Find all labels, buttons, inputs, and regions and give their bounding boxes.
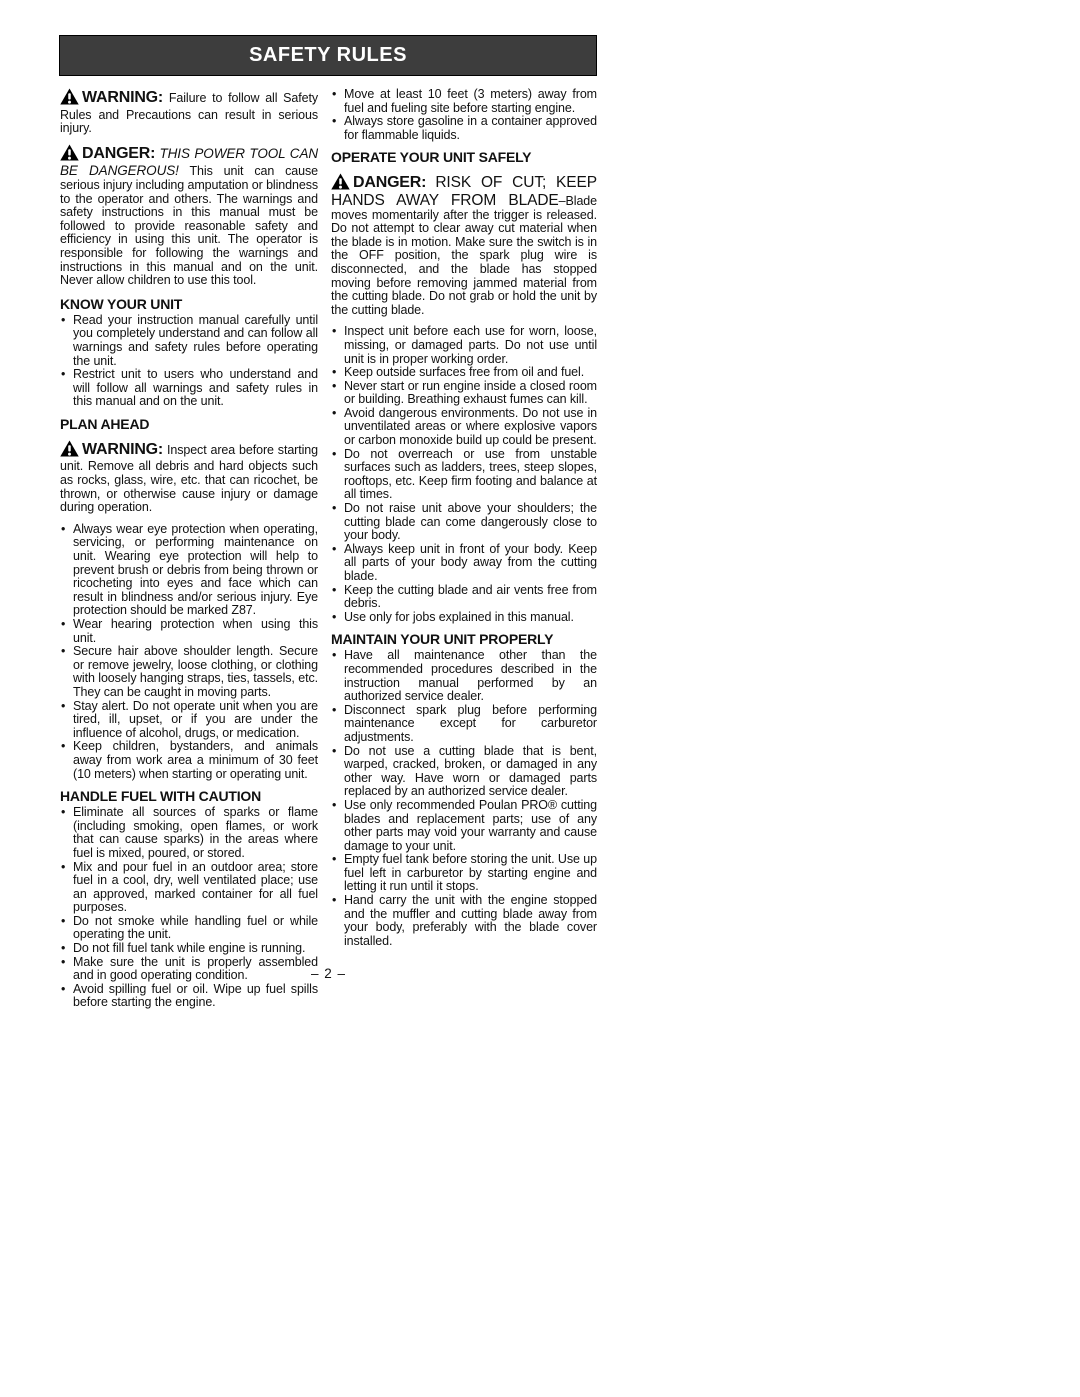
bullet-item: Do not raise unit above your shoulders; …: [331, 502, 597, 543]
bullet-list: Have all maintenance other than the reco…: [331, 649, 597, 948]
bullet-item: Hand carry the unit with the engine stop…: [331, 894, 597, 948]
alert-text: –Blade moves momentarily after the trigg…: [331, 194, 597, 317]
alert-label: DANGER:: [353, 174, 426, 191]
section-heading: HANDLE FUEL WITH CAUTION: [60, 788, 318, 804]
bullet-item: Avoid spilling fuel or oil. Wipe up fuel…: [60, 983, 318, 1010]
section-header-bar: SAFETY RULES: [59, 35, 597, 76]
column-right: Move at least 10 feet (3 meters) away fr…: [331, 88, 597, 1017]
bullet-item: Empty fuel tank before storing the unit.…: [331, 853, 597, 894]
bullet-item: Always keep unit in front of your body. …: [331, 543, 597, 584]
section-heading: OPERATE YOUR UNIT SAFELY: [331, 149, 597, 165]
bullet-item: Restrict unit to users who understand an…: [60, 368, 318, 409]
alert-text: This unit can cause serious injury inclu…: [60, 164, 318, 287]
page-title: SAFETY RULES: [249, 44, 407, 67]
bullet-item: Do not overreach or use from unstable su…: [331, 448, 597, 502]
warning-triangle-icon: [60, 440, 79, 461]
bullet-item: Always wear eye protection when operatin…: [60, 523, 318, 618]
bullet-item: Keep the cutting blade and air vents fre…: [331, 584, 597, 611]
section-heading: PLAN AHEAD: [60, 416, 318, 432]
warning-note: WARNING: Failure to follow all Safety Ru…: [60, 88, 318, 136]
bullet-list: Inspect unit before each use for worn, l…: [331, 325, 597, 624]
bullet-item: Move at least 10 feet (3 meters) away fr…: [331, 88, 597, 115]
warning-note: WARNING: Inspect area before starting un…: [60, 440, 318, 515]
bullet-item: Wear hearing protection when using this …: [60, 618, 318, 645]
bullet-item: Never start or run engine inside a close…: [331, 380, 597, 407]
page-number: – 2 –: [60, 966, 597, 981]
warning-triangle-icon: [60, 144, 79, 165]
warning-triangle-icon: [331, 173, 350, 194]
bullet-item: Use only for jobs explained in this manu…: [331, 611, 597, 625]
bullet-item: Do not use a cutting blade that is bent,…: [331, 745, 597, 799]
bullet-item: Have all maintenance other than the reco…: [331, 649, 597, 703]
section-heading: MAINTAIN YOUR UNIT PROPERLY: [331, 631, 597, 647]
bullet-item: Mix and pour fuel in an outdoor area; st…: [60, 861, 318, 915]
warning-triangle-icon: [60, 88, 79, 109]
section-heading: KNOW YOUR UNIT: [60, 296, 318, 312]
bullet-item: Inspect unit before each use for worn, l…: [331, 325, 597, 366]
bullet-item: Always store gasoline in a container app…: [331, 115, 597, 142]
bullet-item: Read your instruction manual carefully u…: [60, 314, 318, 368]
bullet-list: Always wear eye protection when operatin…: [60, 523, 318, 781]
alert-label: WARNING:: [82, 441, 163, 458]
bullet-item: Eliminate all sources of sparks or flame…: [60, 806, 318, 860]
bullet-item: Keep children, bystanders, and animals a…: [60, 740, 318, 781]
alert-label: DANGER:: [82, 145, 155, 162]
bullet-item: Disconnect spark plug before performing …: [331, 704, 597, 745]
bullet-item: Keep outside surfaces free from oil and …: [331, 366, 597, 380]
column-left: WARNING: Failure to follow all Safety Ru…: [60, 88, 318, 1017]
bullet-item: Stay alert. Do not operate unit when you…: [60, 700, 318, 741]
danger-note: DANGER: THIS POWER TOOL CAN BE DANGEROUS…: [60, 144, 318, 288]
manual-page: SAFETY RULES WARNING: Failure to follow …: [0, 0, 1080, 1397]
bullet-item: Use only recommended Poulan PRO® cutting…: [331, 799, 597, 853]
alert-label: WARNING:: [82, 89, 163, 106]
bullet-list: Read your instruction manual carefully u…: [60, 314, 318, 409]
two-column-body: WARNING: Failure to follow all Safety Ru…: [60, 88, 597, 1017]
bullet-list: Move at least 10 feet (3 meters) away fr…: [331, 88, 597, 142]
bullet-item: Secure hair above shoulder length. Secur…: [60, 645, 318, 699]
danger-note: DANGER: RISK OF CUT; KEEP HANDS AWAY FRO…: [331, 173, 597, 317]
bullet-item: Do not smoke while handling fuel or whil…: [60, 915, 318, 942]
bullet-item: Do not fill fuel tank while engine is ru…: [60, 942, 318, 956]
bullet-item: Avoid dangerous environments. Do not use…: [331, 407, 597, 448]
